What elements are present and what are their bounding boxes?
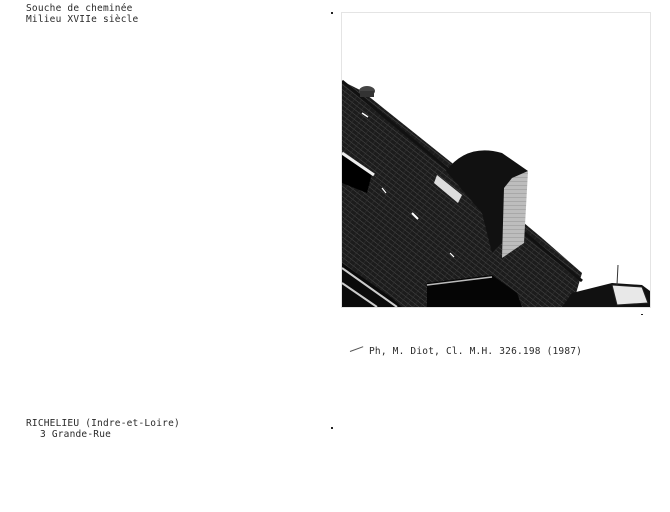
- chimney-photograph: [341, 12, 651, 308]
- date-label: Milieu XVIIe siècle: [26, 14, 138, 25]
- caption-mark: [350, 346, 363, 352]
- registration-mark: [331, 427, 333, 429]
- location-town: RICHELIEU (Indre-et-Loire): [26, 418, 180, 429]
- photo-caption: Ph, M. Diot, Cl. M.H. 326.198 (1987): [369, 346, 582, 357]
- registration-mark: [641, 314, 643, 315]
- registration-mark: [331, 12, 333, 14]
- photo-image: [342, 13, 650, 307]
- location-address: 3 Grande-Rue: [40, 429, 111, 440]
- subject-title: Souche de cheminée: [26, 3, 133, 14]
